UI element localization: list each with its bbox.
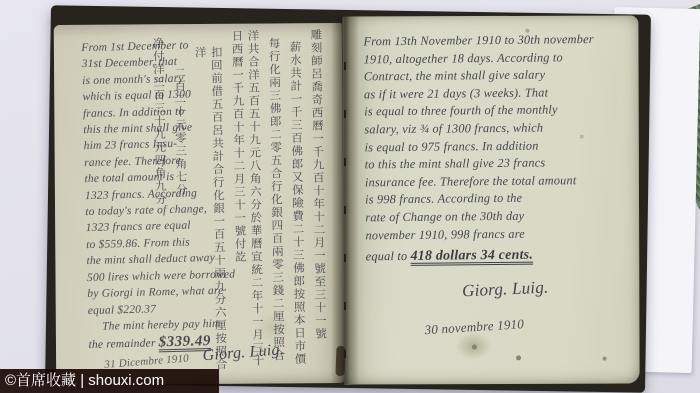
remainder-prefix: the remainder (88, 338, 158, 352)
chinese-column: 雕刻師呂喬奇西曆一千九百十年十二月一號至三十一號 (308, 28, 329, 370)
handwritten-line: november 1910, 998 francs are (365, 224, 635, 244)
watermark: ©首席收藏 | shouxi.com (0, 369, 219, 393)
left-english-text: From 1st December to31st December, thati… (81, 37, 237, 355)
page-stain (455, 332, 491, 360)
right-date: 30 novembre 1910 (424, 309, 637, 338)
conversion-prefix: equal to (366, 249, 411, 263)
binding-ink-mark (335, 346, 345, 376)
photo-scene: From 1st December to31st December, thati… (0, 0, 700, 393)
watermark-text: ©首席收藏 | shouxi.com (5, 372, 164, 389)
right-english-text: From 13th November 1910 to 30th november… (363, 31, 636, 334)
right-english-lines: From 13th November 1910 to 30th november… (363, 31, 635, 245)
chinese-column: 薪水共計一千三百佛郎又保險費二十三佛郎按照本日市價 (287, 41, 308, 371)
left-page: From 1st December to31st December, thati… (54, 23, 345, 385)
open-notebook: From 1st December to31st December, thati… (55, 16, 639, 384)
conversion-amount: 418 dollars 34 cents. (410, 248, 533, 264)
right-signature: Giorg. Luig. (462, 274, 637, 302)
chinese-column: 每行化兩三佛郎二零五合行化銀四百兩零三錢二厘按照合 (266, 37, 287, 371)
page-spots (342, 17, 344, 19)
right-page: From 13th November 1910 to 30th november… (342, 15, 639, 384)
left-english-lines: From 1st December to31st December, thati… (81, 37, 236, 336)
conversion-line: equal to 418 dollars 34 cents. (366, 244, 636, 268)
